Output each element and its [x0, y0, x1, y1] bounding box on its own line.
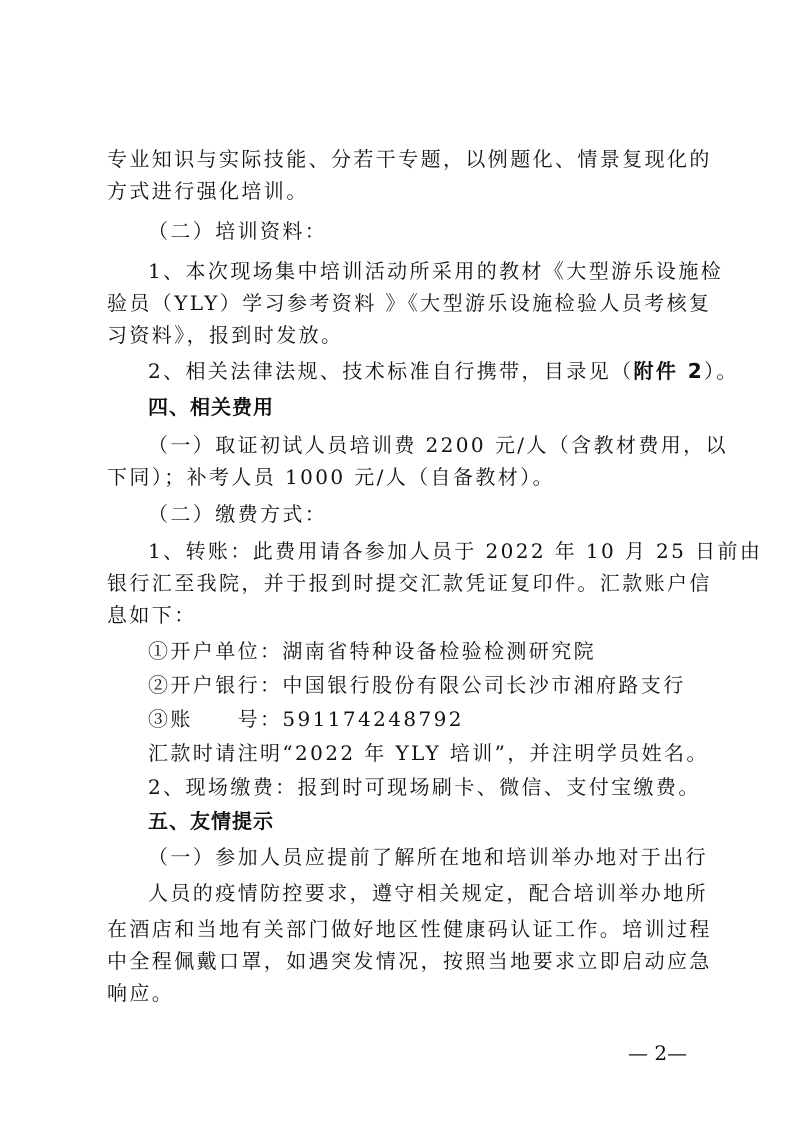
account-number-line: ③账 号：591174248792 [148, 706, 464, 732]
paragraph-line: 1、转账：此费用请各参加人员于 2022 年 10 月 25 日前由 [148, 538, 762, 564]
account-bank-line: ②开户银行：中国银行股份有限公司长沙市湘府路支行 [148, 672, 686, 698]
subsection-heading-payment-method: （二）缴费方式： [148, 501, 327, 527]
page-number: — 2— [628, 1040, 687, 1066]
section-heading-fees: 四、相关费用 [148, 394, 274, 420]
onsite-payment-line: 2、现场缴费：报到时可现场刷卡、微信、支付宝缴费。 [148, 774, 701, 800]
paragraph-line: 习资料》，报到时发放。 [107, 322, 343, 348]
subsection-heading-training-materials: （二）培训资料： [148, 218, 327, 244]
line-text: 2、相关法律法规、技术标准自行携带，目录见（ [148, 359, 634, 383]
paragraph-line: （一）参加人员应提前了解所在地和培训举办地对于出行 [148, 844, 708, 870]
paragraph-line: 在酒店和当地有关部门做好地区性健康码认证工作。培训过程 [107, 916, 712, 942]
paragraph-line: 下同）；补考人员 1000 元/人（自备教材）。 [107, 464, 555, 490]
paragraph-line: 验员（YLY）学习参考资料 》《大型游乐设施检验人员考核复 [107, 290, 711, 316]
paragraph-line: 人员的疫情防控要求，遵守相关规定，配合培训举办地所 [148, 880, 708, 906]
document-page: 专业知识与实际技能、分若干专题，以例题化、情景复现化的 方式进行强化培训。 （二… [0, 0, 793, 1122]
paragraph-line: 息如下： [107, 602, 197, 628]
attachment-reference: 附件 2 [634, 359, 704, 383]
paragraph-line: 响应。 [107, 980, 174, 1006]
paragraph-line: 中全程佩戴口罩，如遇突发情况，按照当地要求立即启动应急 [107, 948, 712, 974]
account-unit-line: ①开户单位：湖南省特种设备检验检测研究院 [148, 638, 596, 664]
paragraph-line-attachment-ref: 2、相关法律法规、技术标准自行携带，目录见（附件 2）。 [148, 358, 739, 384]
paragraph-line: 银行汇至我院，并于报到时提交汇款凭证复印件。汇款账户信 [107, 570, 712, 596]
remittance-note-line: 汇款时请注明“2022 年 YLY 培训”，并注明学员姓名。 [148, 740, 709, 766]
line-text: ）。 [704, 359, 739, 383]
paragraph-line: 方式进行强化培训。 [107, 178, 309, 204]
paragraph-line: 1、本次现场集中培训活动所采用的教材《大型游乐设施检 [148, 258, 723, 284]
paragraph-line: 专业知识与实际技能、分若干专题，以例题化、情景复现化的 [107, 146, 712, 172]
section-heading-tips: 五、友情提示 [148, 808, 274, 834]
paragraph-line: （一）取证初试人员培训费 2200 元/人（含教材费用，以 [148, 432, 728, 458]
